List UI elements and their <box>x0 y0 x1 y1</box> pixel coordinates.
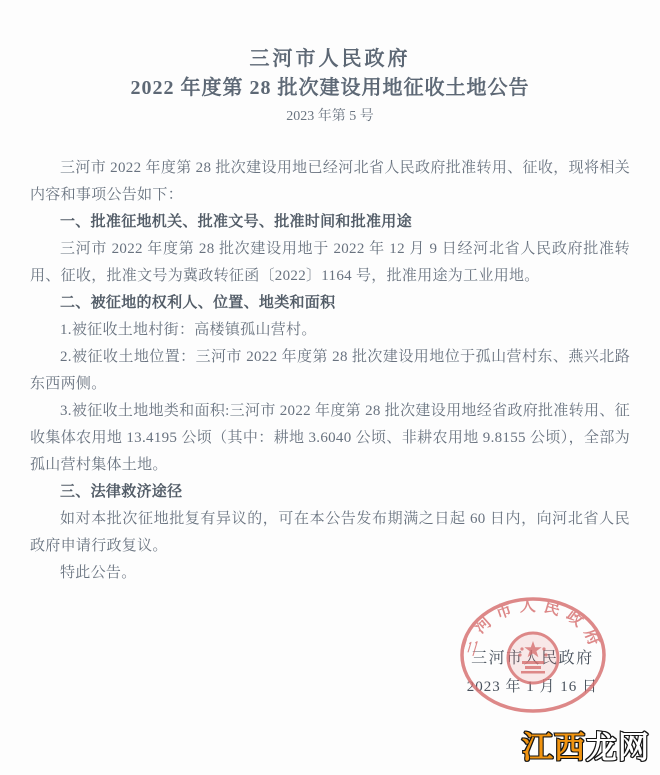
notice-document: 三河市人民政府 2022 年度第 28 批次建设用地征收土地公告 2023 年第… <box>0 0 660 587</box>
section-2-item-2: 2.被征收土地位置：三河市 2022 年度第 28 批次建设用地位于孤山营村东、… <box>30 344 630 398</box>
section-2-item-3: 3.被征收土地地类和面积:三河市 2022 年度第 28 批次建设用地经省政府批… <box>30 398 630 479</box>
notice-body: 三河市 2022 年度第 28 批次建设用地已经河北省人民政府批准转用、征收，现… <box>30 155 630 587</box>
section-1-heading: 一、批准征地机关、批准文号、批准时间和批准用途 <box>30 209 630 236</box>
site-watermark: 江西龙网 <box>522 722 650 767</box>
notice-title: 2022 年度第 28 批次建设用地征收土地公告 <box>30 75 630 101</box>
intro-paragraph: 三河市 2022 年度第 28 批次建设用地已经河北省人民政府批准转用、征收，现… <box>30 155 630 209</box>
section-1-paragraph: 三河市 2022 年度第 28 批次建设用地于 2022 年 12 月 9 日经… <box>30 236 630 290</box>
watermark-orange-part: 江西 <box>522 730 586 765</box>
signature-date: 2023 年 1 月 16 日 <box>467 676 598 698</box>
section-2-heading: 二、被征地的权利人、位置、地类和面积 <box>30 290 630 317</box>
signature-block: 三河市人民政府 2023 年 1 月 16 日 <box>467 648 598 698</box>
section-3-paragraph: 如对本批次征地批复有异议的，可在本公告发布期满之日起 60 日内，向河北省人民政… <box>30 506 630 560</box>
watermark-dark-part: 龙网 <box>586 730 650 765</box>
issuing-authority-title: 三河市人民政府 <box>30 46 630 72</box>
scanned-notice-page: 三河市人民政府 2022 年度第 28 批次建设用地征收土地公告 2023 年第… <box>0 0 660 775</box>
section-2-item-1: 1.被征收土地村街：高楼镇孤山营村。 <box>30 317 630 344</box>
section-3-heading: 三、法律救济途径 <box>30 479 630 506</box>
document-number: 2023 年第 5 号 <box>30 107 630 127</box>
closing-line: 特此公告。 <box>30 560 630 587</box>
signature-issuer: 三河市人民政府 <box>467 648 598 670</box>
